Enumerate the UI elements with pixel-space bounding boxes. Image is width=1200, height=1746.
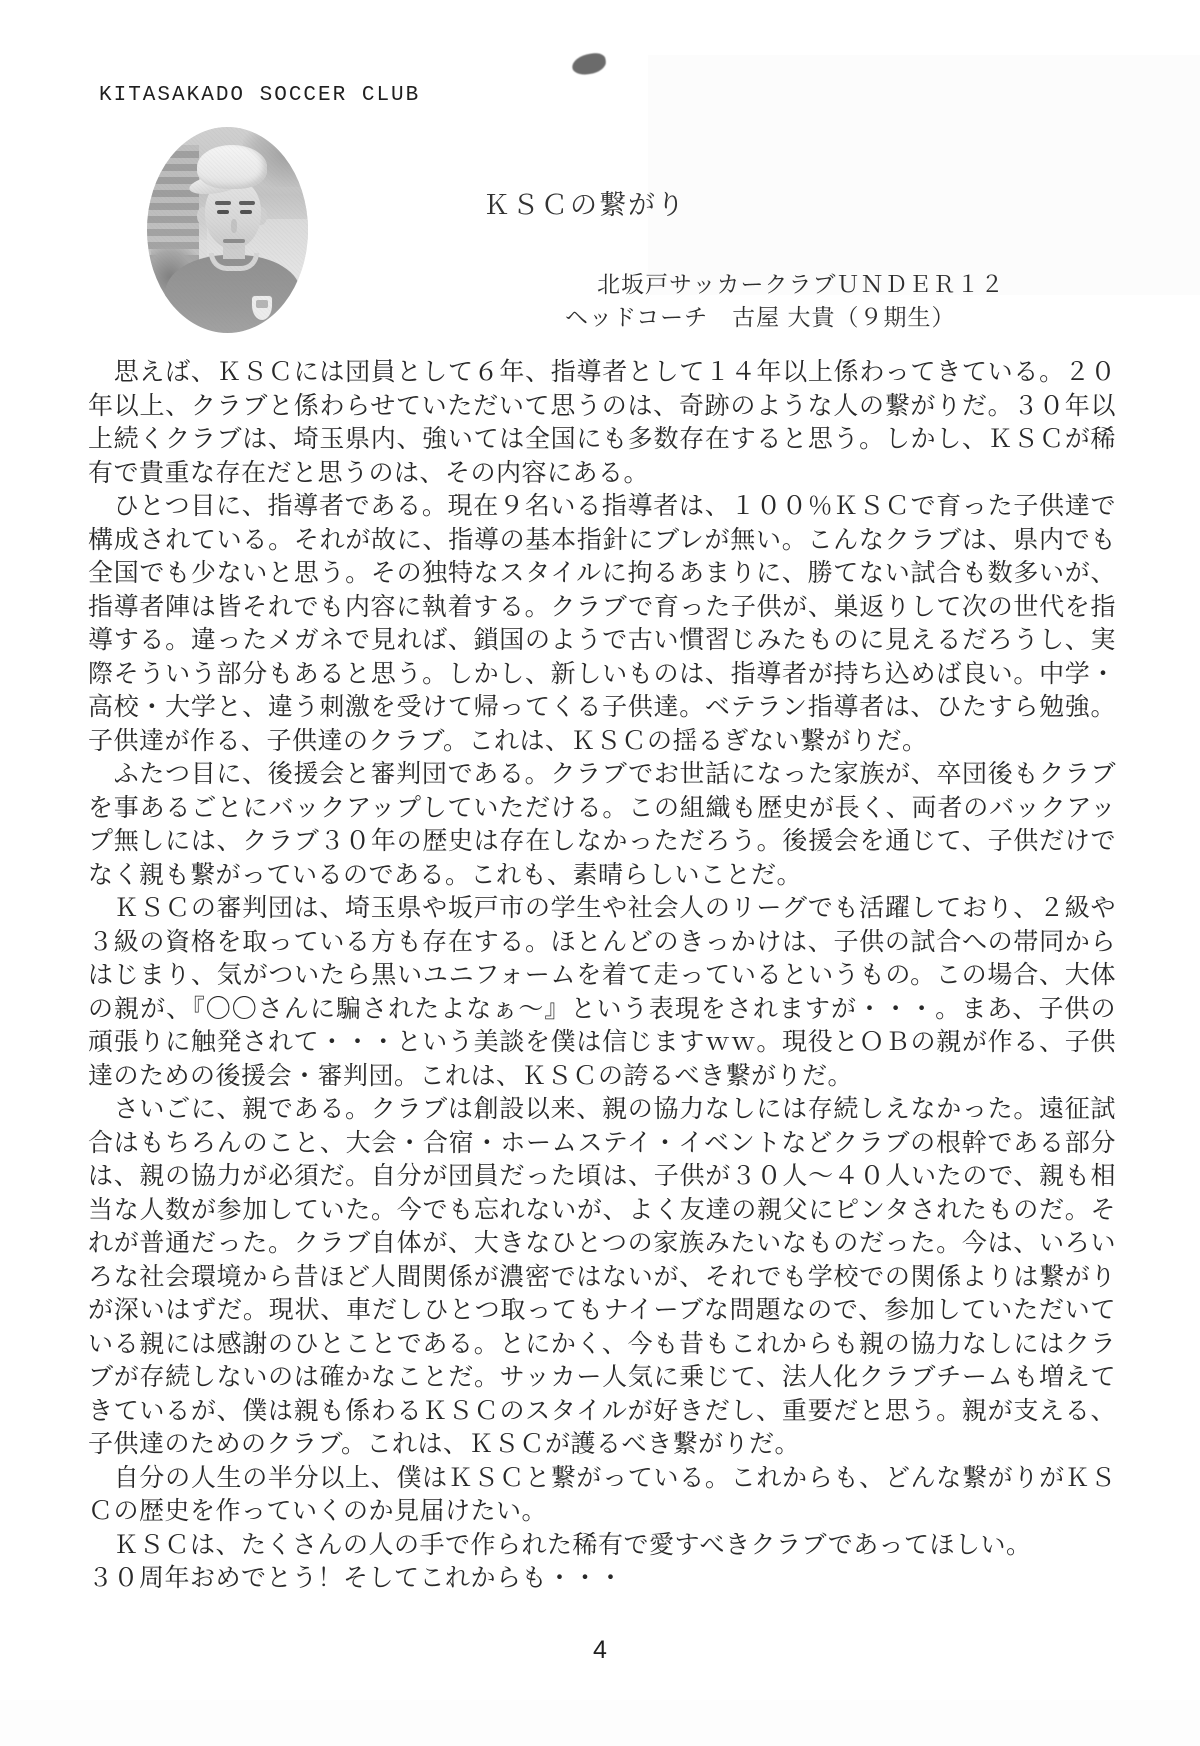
scan-shading-artifact [0,1700,1200,1746]
paragraph: さいごに、親である。クラブは創設以来、親の協力なしには存続しえなかった。遠征試合… [88,1093,1116,1462]
article-body: 思えば、ＫＳＣには団員として６年、指導者として１４年以上係わってきている。２０年… [88,356,1116,1596]
byline-team: 北坂戸サッカークラブＵＮＤＥＲ１２ [597,266,1005,299]
paragraph: ３０周年おめでとう！そしてこれからも・・・ [88,1562,1116,1596]
photo-grain-texture [147,127,308,333]
paragraph: ＫＳＣの審判団は、埼玉県や坂戸市の学生や社会人のリーグでも活躍しており、２級や３… [88,892,1116,1093]
page-title: ＫＳＣの繋がり [483,183,686,222]
paragraph: 自分の人生の半分以上、僕はＫＳＣと繋がっている。これからも、どんな繋がりがＫＳＣ… [88,1462,1116,1529]
byline-author: ヘッドコーチ 古屋 大貴（９期生） [565,299,955,332]
scanned-document-page: KITASAKADO SOCCER CLUB ＫＳＣの繋がり 北坂戸サッカークラ… [0,0,1200,1746]
paragraph: ふたつ目に、後援会と審判団である。クラブでお世話になった家族が、卒団後もクラブを… [88,758,1116,892]
paragraph: ＫＳＣは、たくさんの人の手で作られた稀有で愛すべきクラブであってほしい。 [88,1529,1116,1563]
ink-smudge-artifact [571,52,607,77]
page-number: 4 [0,1636,1200,1665]
club-name-header: KITASAKADO SOCCER CLUB [99,84,420,107]
coach-portrait-photo [147,127,308,333]
paragraph: ひとつ目に、指導者である。現在９名いる指導者は、１００％ＫＳＣで育った子供達で構… [88,490,1116,758]
paragraph: 思えば、ＫＳＣには団員として６年、指導者として１４年以上係わってきている。２０年… [88,356,1116,490]
scan-shading-artifact [648,55,1200,295]
